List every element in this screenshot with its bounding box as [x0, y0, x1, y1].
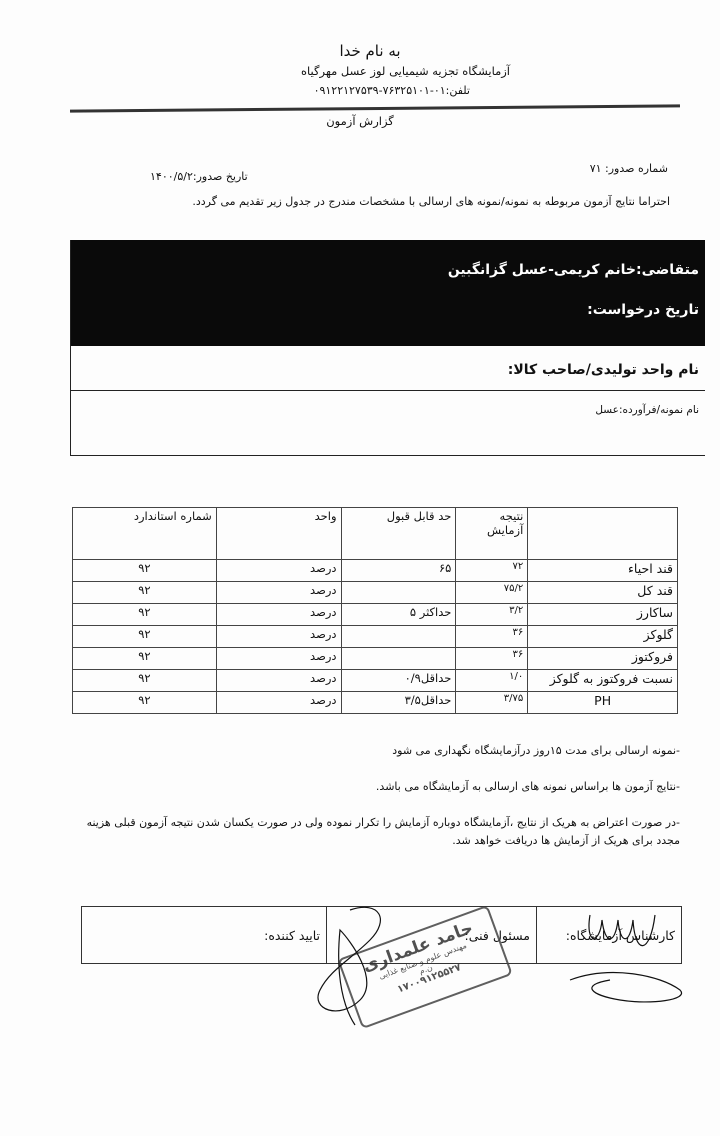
cell-limit	[341, 648, 456, 670]
cell-standard: ۹۲	[73, 582, 217, 604]
cell-unit: درصد	[216, 692, 341, 714]
basmala: به نام خدا	[290, 42, 450, 60]
cell-parameter: ساکارز	[528, 604, 678, 626]
cell-result: ۳۶	[456, 648, 528, 670]
producer-name: نام واحد تولیدی/صاحب کالا:	[508, 362, 699, 378]
note-objection: -در صورت اعتراض به هریک از نتایج ،آزمایش…	[60, 814, 680, 850]
request-info-header	[71, 240, 705, 346]
lab-report-page: به نام خدا آزمایشگاه تجزیه شیمیایی لوز ع…	[0, 0, 720, 1136]
cell-unit: درصد	[216, 670, 341, 692]
note-retention: -نمونه ارسالی برای مدت ۱۵روز درآزمایشگاه…	[60, 742, 680, 760]
requester: متقاضی:خانم کریمی-عسل گزانگبین	[448, 262, 699, 278]
header-standard: شماره استاندارد	[73, 508, 217, 560]
signature-technical-manager-icon	[310, 900, 430, 1030]
sample-name: نام نمونه/فرآورده:عسل	[595, 404, 699, 416]
notes-section: -نمونه ارسالی برای مدت ۱۵روز درآزمایشگاه…	[60, 742, 680, 868]
intro-text: احتراما نتایج آزمون مربوطه به نمونه/نمون…	[192, 195, 670, 208]
cell-parameter: قند کل	[528, 582, 678, 604]
cell-standard: ۹۲	[73, 604, 217, 626]
cell-parameter: قند احیاء	[528, 560, 678, 582]
header-divider	[70, 104, 680, 112]
cell-unit: درصد	[216, 604, 341, 626]
table-row: قند احیاء ۷۲ ۶۵ درصد ۹۲	[73, 560, 678, 582]
cell-parameter: نسبت فروکتوز به گلوکز	[528, 670, 678, 692]
cell-standard: ۹۲	[73, 626, 217, 648]
cell-standard: ۹۲	[73, 670, 217, 692]
table-row: گلوکز ۳۶ درصد ۹۲	[73, 626, 678, 648]
cell-unit: درصد	[216, 582, 341, 604]
cell-result: ۷۲	[456, 560, 528, 582]
cell-result: ۳/۲	[456, 604, 528, 626]
cell-standard: ۹۲	[73, 560, 217, 582]
cell-result: ۷۵/۲	[456, 582, 528, 604]
header-limit: حد قابل قبول	[341, 508, 456, 560]
request-date: تاریخ درخواست:	[587, 302, 699, 318]
info-divider	[71, 390, 705, 391]
cell-limit: حداکثر ۵	[341, 604, 456, 626]
cell-unit: درصد	[216, 648, 341, 670]
table-row: فروکتوز ۳۶ درصد ۹۲	[73, 648, 678, 670]
lab-name: آزمایشگاه تجزیه شیمیایی لوز عسل مهرگیاه	[250, 64, 510, 78]
cell-unit: درصد	[216, 626, 341, 648]
request-info-box: متقاضی:خانم کریمی-عسل گزانگبین تاریخ درخ…	[70, 240, 705, 456]
table-row: ساکارز ۳/۲ حداکثر ۵ درصد ۹۲	[73, 604, 678, 626]
table-row: نسبت فروکتوز به گلوکز ۱/۰ حداقل۰/۹ درصد …	[73, 670, 678, 692]
note-basis: -نتایج آزمون ها براساس نمونه های ارسالی …	[60, 778, 680, 796]
cell-result: ۳۶	[456, 626, 528, 648]
table-row: PH ۳/۷۵ حداقل۳/۵ درصد ۹۲	[73, 692, 678, 714]
signature-lab-expert-icon	[530, 905, 710, 1015]
cell-limit	[341, 626, 456, 648]
report-title: گزارش آزمون	[300, 114, 420, 128]
cell-parameter: گلوکز	[528, 626, 678, 648]
cell-parameter: PH	[528, 692, 678, 714]
table-header-row: نتیجه آزمایش حد قابل قبول واحد شماره است…	[73, 508, 678, 560]
results-table: نتیجه آزمایش حد قابل قبول واحد شماره است…	[72, 507, 678, 714]
cell-limit: حداقل۰/۹	[341, 670, 456, 692]
cell-limit: حداقل۳/۵	[341, 692, 456, 714]
header-result: نتیجه آزمایش	[456, 508, 528, 560]
cell-unit: درصد	[216, 560, 341, 582]
table-row: قند کل ۷۵/۲ درصد ۹۲	[73, 582, 678, 604]
header-parameter	[528, 508, 678, 560]
approver-cell: تایید کننده:	[82, 907, 327, 964]
cell-limit	[341, 582, 456, 604]
cell-standard: ۹۲	[73, 692, 217, 714]
cell-result: ۳/۷۵	[456, 692, 528, 714]
issue-date: تاریخ صدور:۱۴۰۰/۵/۲	[150, 170, 248, 183]
cell-parameter: فروکتوز	[528, 648, 678, 670]
issue-number: شماره صدور: ۷۱	[590, 162, 668, 175]
lab-phone: تلفن:۰۱-۷۶۳۲۵۱۰۱-۰۹۱۲۲۱۲۷۵۳۹	[270, 84, 470, 97]
cell-limit: ۶۵	[341, 560, 456, 582]
cell-result: ۱/۰	[456, 670, 528, 692]
header-unit: واحد	[216, 508, 341, 560]
cell-standard: ۹۲	[73, 648, 217, 670]
